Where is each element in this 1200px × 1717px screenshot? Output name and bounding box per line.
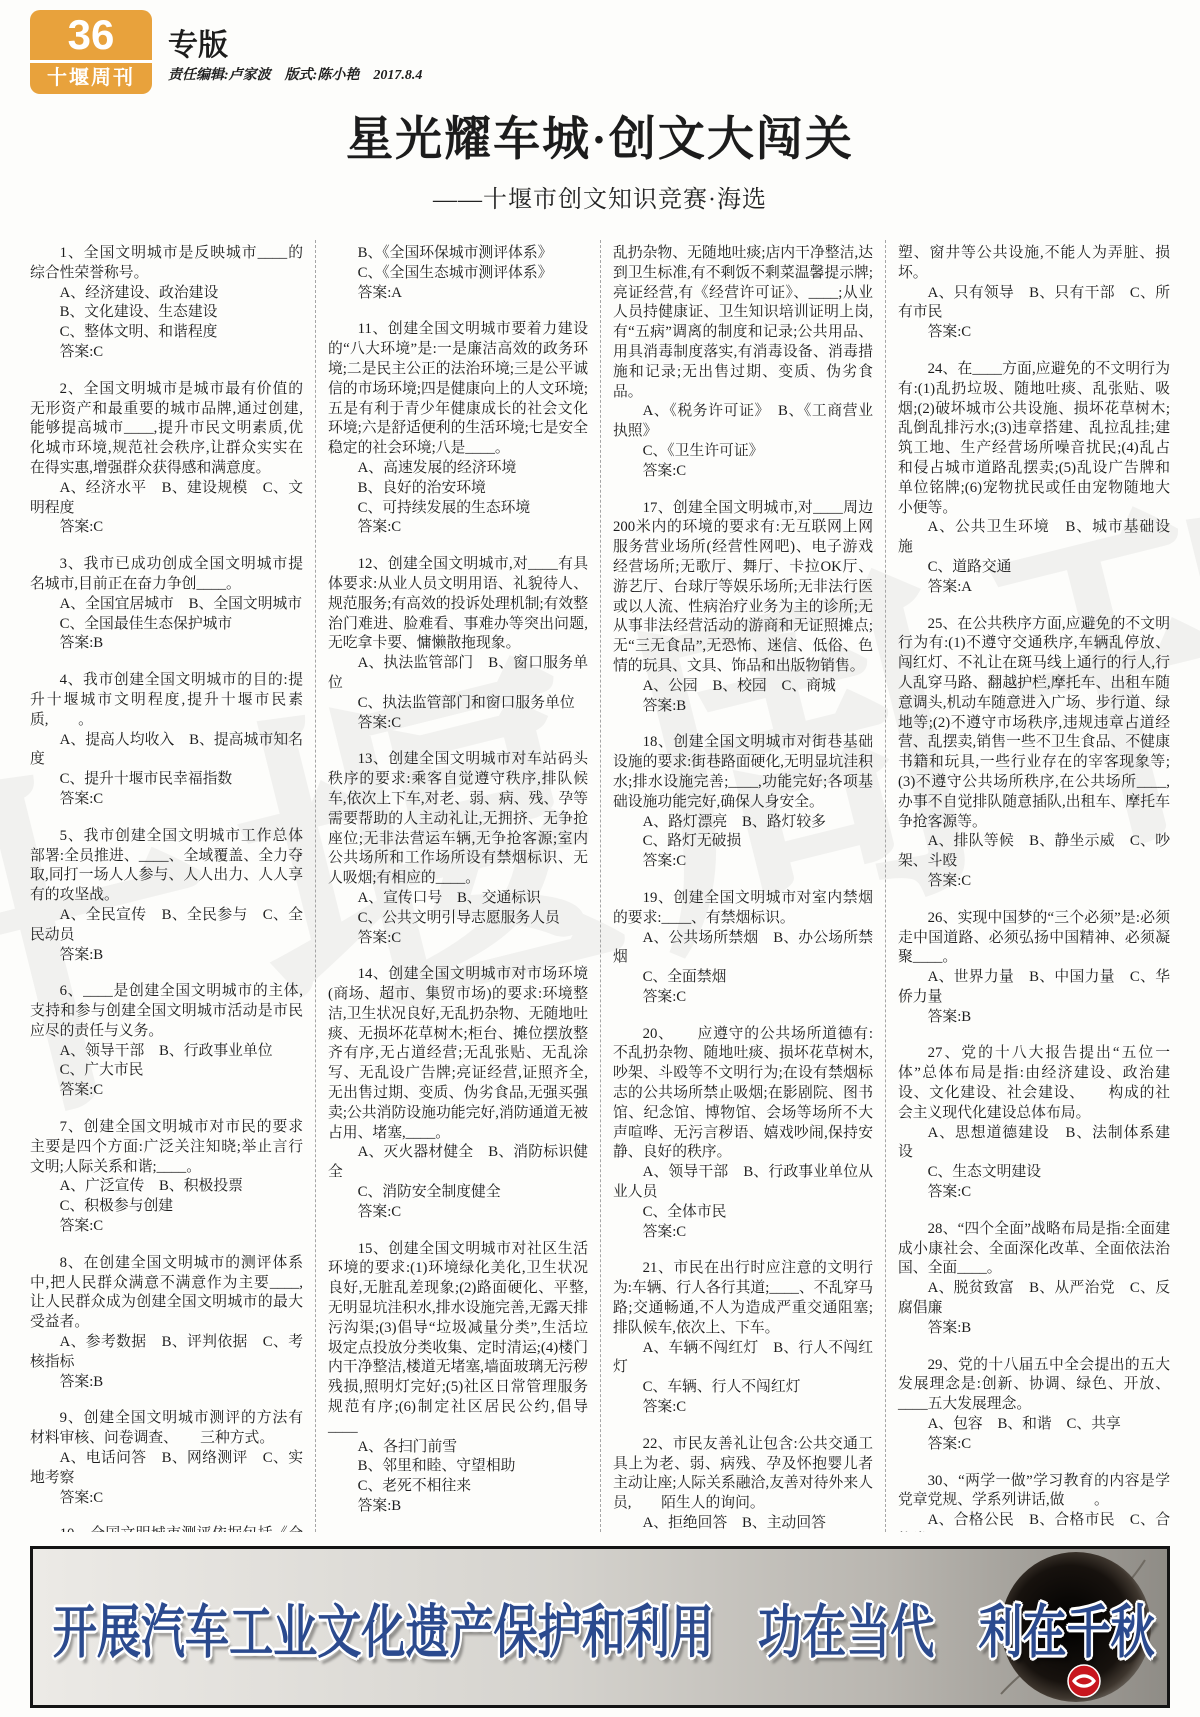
option-line: C、全体市民 — [613, 1203, 873, 1223]
option-line: C、消防安全制度健全 — [328, 1183, 588, 1203]
option-line: A、领导干部 B、行政事业单位 — [30, 1042, 303, 1062]
option-line: C、生态文明建设 — [898, 1163, 1170, 1183]
option-line: B、文化建设、生态建设 — [30, 303, 303, 323]
question-text: 14、创建全国文明城市对市场环境(商场、超市、集贸市场)的要求:环境整洁,卫生状… — [328, 965, 588, 1143]
option-line: A、电话问答 B、网络测评 C、实地考察 — [30, 1449, 303, 1489]
answer-line: 答案:C — [30, 518, 303, 538]
quiz-column-2: B、《全国环保城市测评体系》C、《全国生态城市测评体系》答案:A11、创建全国文… — [315, 240, 600, 1532]
option-line: A、宣传口号 B、交通标识 — [328, 889, 588, 909]
option-line: C、积极参与创建 — [30, 1197, 303, 1217]
option-line: A、拒绝回答 B、主动回答 — [613, 1514, 873, 1532]
question-text: 17、创建全国文明城市,对____周边200米内的环境的要求有:无互联网上网服务… — [613, 499, 873, 677]
option-line: A、执法监管部门 B、窗口服务单位 — [328, 654, 588, 694]
option-line: C、全国最佳生态保护城市 — [30, 615, 303, 635]
option-line: A、提高人均收入 B、提高城市知名度 — [30, 731, 303, 771]
option-line: A、灭火器材健全 B、消防标识健全 — [328, 1143, 588, 1183]
question-text: 21、市民在出行时应注意的文明行为:车辆、行人各行其道;____、不乱穿马路;交… — [613, 1259, 873, 1338]
question-text: 13、创建全国文明城市对车站码头秩序的要求:乘客自觉遵守秩序,排队候车,依次上下… — [328, 750, 588, 889]
answer-line: 答案:C — [898, 872, 1170, 892]
question-text: 24、在____方面,应避免的不文明行为有:(1)乱扔垃圾、随地吐痰、乱张贴、吸… — [898, 360, 1170, 518]
quiz-columns: 1、全国文明城市是反映城市____的综合性荣誉称号。A、经济建设、政治建设B、文… — [30, 240, 1170, 1532]
option-line: C、公共文明引导志愿服务人员 — [328, 909, 588, 929]
quiz-column-1: 1、全国文明城市是反映城市____的综合性荣誉称号。A、经济建设、政治建设B、文… — [30, 240, 315, 1532]
question-text: 10、全国文明城市测评依据包括《全国文明城市测评体系》和____。 — [30, 1525, 303, 1532]
answer-line: 答案:C — [328, 714, 588, 734]
option-line: A、高速发展的经济环境 — [328, 459, 588, 479]
question-text: 27、党的十八大报告提出“五位一体”总体布局是指:由经济建设、政治建设、文化建设… — [898, 1044, 1170, 1123]
option-line: A、广泛宣传 B、积极投票 — [30, 1177, 303, 1197]
title-block: 星光耀车城·创文大闯关 ——十堰市创文知识竞赛·海选 — [0, 102, 1200, 214]
question-text: 30、“两学一做”学习教育的内容是学党章党规、学系列讲话,做 。 — [898, 1472, 1170, 1512]
question-text: 28、“四个全面”战略布局是指:全面建成小康社会、全面深化改革、全面依法治国、全… — [898, 1220, 1170, 1279]
question-text: 11、创建全国文明城市要着力建设的“八大环境”是:一是廉洁高效的政务环境;二是民… — [328, 320, 588, 459]
question-text: 6、____是创建全国文明城市的主体,支持和参与创建全国文明城市活动是市民应尽的… — [30, 982, 303, 1041]
option-line: C、可持续发展的生态环境 — [328, 499, 588, 519]
option-line: B、《全国环保城市测评体系》 — [328, 244, 588, 264]
answer-line: 答案:C — [613, 988, 873, 1008]
question-text: 12、创建全国文明城市,对____有具体要求:从业人员文明用语、礼貌待人、规范服… — [328, 555, 588, 654]
question-text: 3、我市已成功创成全国文明城市提名城市,目前正在奋力争创____。 — [30, 555, 303, 595]
answer-line: 答案:B — [613, 697, 873, 717]
answer-line: 答案:B — [30, 634, 303, 654]
option-line: C、道路交通 — [898, 558, 1170, 578]
section-label: 专版 — [168, 20, 228, 64]
answer-line: 答案:C — [328, 518, 588, 538]
option-line: C、整体文明、和谐程度 — [30, 323, 303, 343]
option-line: C、执法监管部门和窗口服务单位 — [328, 694, 588, 714]
option-line: A、合格公民 B、合格市民 C、合格党员 — [898, 1511, 1170, 1532]
option-line: A、公共卫生环境 B、城市基础设施 — [898, 518, 1170, 558]
answer-line: 答案:C — [613, 1223, 873, 1243]
option-line: B、邻里和睦、守望相助 — [328, 1457, 588, 1477]
quiz-column-4: 塑、窗井等公共设施,不能人为弄脏、损坏。A、只有领导 B、只有干部 C、所有市民… — [885, 240, 1170, 1532]
dongfeng-logo-icon — [1067, 1664, 1101, 1698]
option-line: A、全民宣传 B、全民参与 C、全民动员 — [30, 906, 303, 946]
answer-line: 答案:C — [328, 929, 588, 949]
option-line: A、全国宜居城市 B、全国文明城市 — [30, 595, 303, 615]
option-line: A、公共场所禁烟 B、办公场所禁烟 — [613, 929, 873, 969]
answer-line: 答案:C — [30, 790, 303, 810]
answer-line: 答案:B — [30, 1373, 303, 1393]
option-line: A、参考数据 B、评判依据 C、考核指标 — [30, 1333, 303, 1373]
question-text: 26、实现中国梦的“三个必须”是:必须走中国道路、必须弘扬中国精神、必须凝聚__… — [898, 909, 1170, 968]
banner-slogan: 开展汽车工业文化遗产保护和利用 功在当代 利在千秋 — [33, 1585, 1155, 1669]
option-line: C、车辆、行人不闯红灯 — [613, 1378, 873, 1398]
question-text: 9、创建全国文明城市测评的方法有材料审核、问卷调查、 三种方式。 — [30, 1409, 303, 1449]
answer-line: 答案:C — [898, 323, 1170, 343]
option-line: A、经济建设、政治建设 — [30, 284, 303, 304]
answer-line: 答案:C — [30, 1489, 303, 1509]
option-line: C、《全国生态城市测评体系》 — [328, 264, 588, 284]
option-line: A、领导干部 B、行政事业单位从业人员 — [613, 1163, 873, 1203]
option-line: A、公园 B、校园 C、商城 — [613, 677, 873, 697]
option-line: A、经济水平 B、建设规模 C、文明程度 — [30, 479, 303, 519]
option-line: C、路灯无破损 — [613, 832, 873, 852]
question-text: 4、我市创建全国文明城市的目的:提升十堰城市文明程度,提升十堰市民素质, 。 — [30, 671, 303, 730]
option-line: A、车辆不闯红灯 B、行人不闯红灯 — [613, 1339, 873, 1379]
quiz-column-3: 乱扔杂物、无随地吐痰;店内干净整洁,达到卫生标准,有不剩饭不剩菜温馨提示牌;亮证… — [600, 240, 885, 1532]
answer-line: 答案:A — [898, 578, 1170, 598]
page-subtitle: ——十堰市创文知识竞赛·海选 — [0, 179, 1200, 214]
continuation-text: 塑、窗井等公共设施,不能人为弄脏、损坏。 — [898, 244, 1170, 284]
option-line: C、广大市民 — [30, 1061, 303, 1081]
answer-line: 答案:B — [30, 946, 303, 966]
option-line: A、思想道德建设 B、法制体系建设 — [898, 1124, 1170, 1164]
option-line: A、《税务许可证》 B、《工商营业执照》 — [613, 402, 873, 442]
answer-line: 答案:C — [328, 1203, 588, 1223]
answer-line: 答案:C — [613, 1398, 873, 1418]
question-text: 25、在公共秩序方面,应避免的不文明行为有:(1)不遵守交通秩序,车辆乱停放、闯… — [898, 615, 1170, 833]
option-line: C、全面禁烟 — [613, 968, 873, 988]
option-line: C、老死不相往来 — [328, 1477, 588, 1497]
answer-line: 答案:C — [898, 1435, 1170, 1455]
bottom-banner: 开展汽车工业文化遗产保护和利用 功在当代 利在千秋 — [30, 1546, 1170, 1708]
newspaper-page: 十堰周刊 36 十堰周刊 专版 责任编辑:卢家波 版式:陈小艳 2017.8.4… — [0, 0, 1200, 1717]
masthead-logo: 36 十堰周刊 — [30, 10, 152, 94]
answer-line: 答案:B — [898, 1319, 1170, 1339]
option-line: A、路灯漂亮 B、路灯较多 — [613, 813, 873, 833]
question-text: 19、创建全国文明城市对室内禁烟的要求:____、有禁烟标识。 — [613, 889, 873, 929]
question-text: 8、在创建全国文明城市的测评体系中,把人民群众满意不满意作为主要____,让人民… — [30, 1254, 303, 1333]
editor-line: 责任编辑:卢家波 版式:陈小艳 2017.8.4 — [168, 64, 422, 84]
question-text: 18、创建全国文明城市对街巷基础设施的要求:街巷路面硬化,无明显坑洼积水;排水设… — [613, 733, 873, 812]
question-text: 5、我市创建全国文明城市工作总体部署:全员推进、____、全域覆盖、全力夺取,同… — [30, 827, 303, 906]
continuation-text: 乱扔杂物、无随地吐痰;店内干净整洁,达到卫生标准,有不剩饭不剩菜温馨提示牌;亮证… — [613, 244, 873, 402]
question-text: 1、全国文明城市是反映城市____的综合性荣誉称号。 — [30, 244, 303, 284]
answer-line: 答案:B — [898, 1008, 1170, 1028]
question-text: 7、创建全国文明城市对市民的要求主要是四个方面:广泛关注知晓;举止言行文明;人际… — [30, 1118, 303, 1177]
option-line: B、良好的治安环境 — [328, 479, 588, 499]
answer-line: 答案:C — [613, 462, 873, 482]
page-title: 星光耀车城·创文大闯关 — [0, 102, 1200, 169]
answer-line: 答案:A — [328, 284, 588, 304]
option-line: A、排队等候 B、静坐示威 C、吵架、斗殴 — [898, 832, 1170, 872]
question-text: 22、市民友善礼让包含:公共交通工具上为老、弱、病残、孕及怀抱婴儿者主动让座;人… — [613, 1435, 873, 1514]
option-line: A、脱贫致富 B、从严治党 C、反腐倡廉 — [898, 1279, 1170, 1319]
option-line: C、提升十堰市民幸福指数 — [30, 770, 303, 790]
question-text: 15、创建全国文明城市对社区生活环境的要求:(1)环境绿化美化,卫生状况良好,无… — [328, 1240, 588, 1438]
answer-line: 答案:C — [30, 1217, 303, 1237]
answer-line: 答案:B — [328, 1497, 588, 1517]
answer-line: 答案:C — [898, 1183, 1170, 1203]
question-text: 20、 应遵守的公共场所道德有:不乱扔杂物、随地吐痰、损坏花草树木,吵架、斗殴等… — [613, 1025, 873, 1164]
option-line: C、《卫生许可证》 — [613, 442, 873, 462]
option-line: A、各扫门前雪 — [328, 1438, 588, 1458]
question-text: 29、党的十八届五中全会提出的五大发展理念是:创新、协调、绿色、开放、____五… — [898, 1356, 1170, 1415]
answer-line: 答案:C — [30, 343, 303, 363]
masthead-name: 十堰周刊 — [30, 63, 152, 93]
option-line: A、世界力量 B、中国力量 C、华侨力量 — [898, 968, 1170, 1008]
question-text: 2、全国文明城市是城市最有价值的无形资产和最重要的城市品牌,通过创建,能够提高城… — [30, 380, 303, 479]
option-line: A、包容 B、和谐 C、共享 — [898, 1415, 1170, 1435]
answer-line: 答案:C — [30, 1081, 303, 1101]
option-line: A、只有领导 B、只有干部 C、所有市民 — [898, 284, 1170, 324]
answer-line: 答案:C — [613, 852, 873, 872]
page-number: 36 — [30, 10, 152, 63]
